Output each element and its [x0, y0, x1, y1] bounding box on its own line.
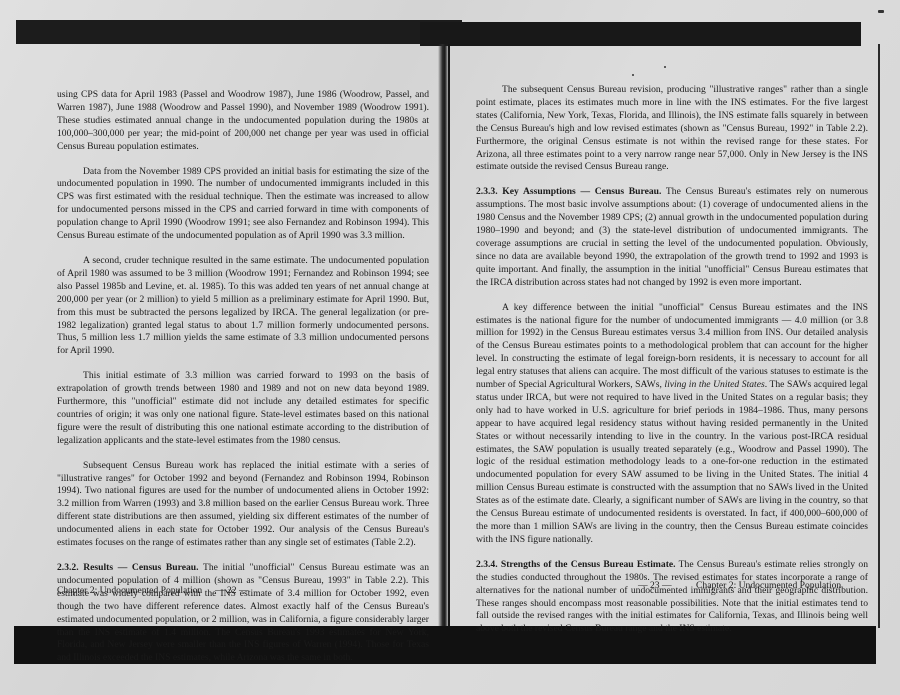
section-2-3-3-text: The Census Bureau's estimates rely on nu…	[476, 186, 868, 287]
section-2-3-2-text: The initial "unofficial" Census Bureau e…	[57, 562, 429, 663]
book-gutter-shadow	[438, 44, 448, 630]
right-paragraph-3-part-2: . The SAWs acquired legal status under I…	[476, 379, 868, 545]
left-paragraph-5: Subsequent Census Bureau work has replac…	[57, 460, 429, 550]
scan-top-border-left	[16, 20, 462, 44]
section-2-3-4-heading: 2.3.4. Strengths of the Census Bureau Es…	[476, 559, 676, 570]
right-paragraph-3-part-1: A key difference between the initial "un…	[476, 302, 868, 390]
section-2-3-3: 2.3.3. Key Assumptions — Census Bureau. …	[476, 186, 868, 289]
right-page: The subsequent Census Bureau revision, p…	[476, 44, 868, 648]
section-2-3-2: 2.3.2. Results — Census Bureau. The init…	[57, 562, 429, 665]
section-2-3-4-text: The Census Bureau's estimate relies stro…	[476, 559, 868, 635]
left-paragraph-4: This initial estimate of 3.3 million was…	[57, 370, 429, 447]
page-right-edge	[878, 44, 880, 628]
section-2-3-4: 2.3.4. Strengths of the Census Bureau Es…	[476, 559, 868, 636]
left-paragraph-2: Data from the November 1989 CPS provided…	[57, 166, 429, 243]
left-paragraph-3: A second, cruder technique resulted in t…	[57, 255, 429, 358]
scan-speck	[878, 10, 884, 13]
left-footer-chapter: Chapter 2: Undocumented Population	[57, 585, 202, 596]
right-paragraph-3-italic: living in the United States	[664, 379, 764, 390]
scan-top-border-right	[420, 22, 861, 46]
book-gutter-line	[448, 44, 450, 630]
section-2-3-3-heading: 2.3.3. Key Assumptions — Census Bureau.	[476, 186, 661, 197]
right-page-number: — 23 —	[638, 580, 672, 591]
right-footer-chapter: Chapter 2: Undocumented Population	[696, 580, 841, 591]
left-paragraph-1: using CPS data for April 1983 (Passel an…	[57, 89, 429, 154]
left-page: using CPS data for April 1983 (Passel an…	[57, 44, 429, 677]
left-page-number: — 22 —	[215, 585, 249, 596]
right-paragraph-1: The subsequent Census Bureau revision, p…	[476, 84, 868, 174]
right-paragraph-3: A key difference between the initial "un…	[476, 302, 868, 547]
section-2-3-2-heading: 2.3.2. Results — Census Bureau.	[57, 562, 199, 573]
